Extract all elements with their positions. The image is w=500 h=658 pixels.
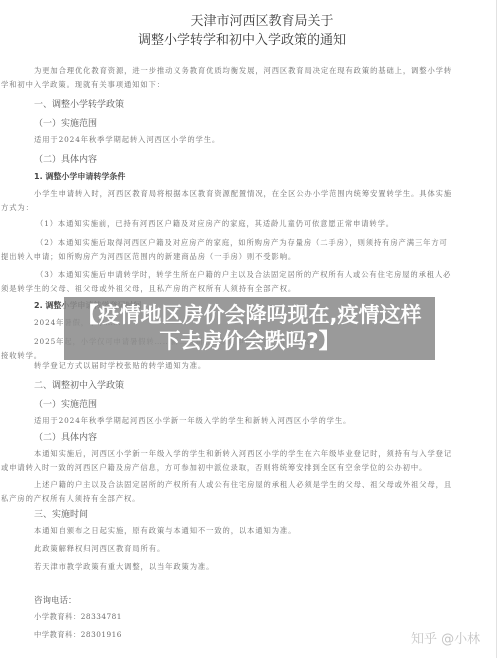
section3-p2: 此政策解释权归河西区教育局所有。: [34, 544, 165, 554]
section3-p3: 若天津市教学政策有重大调整，以当年政策为准。: [34, 562, 214, 572]
overlay-banner-title: 【疫情地区房价会降吗现在,疫情这样 下去房价会跌吗?】: [64, 297, 435, 354]
section1-item1-intro-line1: 小学生申请转入时，河西区教育局将根据本区教育资源配置情况，在全区公办小学范围内统…: [34, 189, 452, 199]
section2-p2-line1: 上述户籍的户主以及合法固定居所的产权所有人或公有住宅房屋的承租人必须是学生的父母…: [34, 480, 452, 490]
contact-secondary-phone: 中学教育科：28301916: [34, 630, 122, 640]
section1-p1: （1）本通知实施前，已持有河西区户籍及对应房产的家庭，其适龄儿童仍可依意愿正常申…: [36, 219, 394, 229]
section3-heading: 三、实施时间: [34, 507, 88, 520]
section2-sub1-heading: （一）实施范围: [34, 397, 97, 410]
section2-p1-line1: 本通知实施后，河西区小学新一年级入学的学生和新转入河西区小学的学生在六年级毕业登…: [34, 449, 452, 459]
section1-sub1-text: 适用于2024年秋季学期起转入河西区小学的学生。: [34, 135, 220, 145]
section1-heading: 一、调整小学转学政策: [34, 97, 124, 110]
contact-primary-phone: 小学教育科：28334781: [34, 612, 122, 622]
zhihu-watermark: 知乎 @小林: [411, 628, 480, 647]
section3-p1: 本通知自颁布之日起实施，原有政策与本通知不一致的，以本通知为准。: [34, 526, 296, 536]
section2-sub1-text: 适用于2024年秋季学期起河西区小学新一年级入学的学生和新转入河西区小学的学生。: [34, 416, 351, 426]
section2-p2-line2: 私产房的产权所有人须持有全部产权。: [1, 494, 140, 504]
section1-p3-line1: （3）本通知实施后申请转学时，转学生所在户籍的户主以及合法固定居所的产权所有人或…: [36, 270, 451, 280]
section2-p1-line2: 或申请转入时一致的河西区户籍及房产信息，方可参加初中派位录取，否则将统筹安排到全…: [1, 463, 427, 473]
overlay-banner-line2: 下去房价会跌吗?】: [64, 328, 435, 354]
intro-paragraph-line2: 学和初中入学政策。现就有关事项通知如下：: [1, 80, 165, 90]
section1-sub2-heading: （二）具体内容: [34, 152, 97, 165]
section1-item1-heading: 1. 调整小学申请转学条件: [34, 171, 125, 182]
section1-item2-line3: 接收转学。: [1, 351, 42, 361]
section1-p3-line2: 须是转学生的父母、祖父母或外祖父母，且私产房的产权所有人须持有全部产权。: [1, 284, 296, 294]
section1-item2-note: 转学登记方式以届时学校张贴的转学通知为准。: [34, 361, 206, 371]
contact-label: 咨询电话：: [34, 594, 77, 606]
section1-p2-line1: （2）本通知实施后取得河西区户籍及对应房产的家庭，如所购房产为存量房（二手房），…: [36, 238, 448, 248]
overlay-banner-line1: 【疫情地区房价会降吗现在,疫情这样: [64, 302, 435, 328]
section1-item1-intro-line2: 方式为：: [1, 203, 34, 213]
document-title-line2: 调整小学转学和初中入学政策的通知: [0, 29, 492, 48]
section2-heading: 二、调整初中入学政策: [34, 378, 124, 391]
intro-paragraph-line1: 为更加合理优化教育资源，进一步推动义务教育优质均衡发展，河西区教育局决定在现有政…: [34, 66, 452, 76]
section1-p2-line2: 提出转入申请；如所购房产为河西区范围内的新建商品房（一手房）则不受影响。: [1, 252, 296, 262]
section2-sub2-heading: （二）具体内容: [34, 430, 97, 443]
document-title-line1: 天津市河西区教育局关于: [12, 10, 500, 29]
section1-sub1-heading: （一）实施范围: [34, 116, 97, 129]
